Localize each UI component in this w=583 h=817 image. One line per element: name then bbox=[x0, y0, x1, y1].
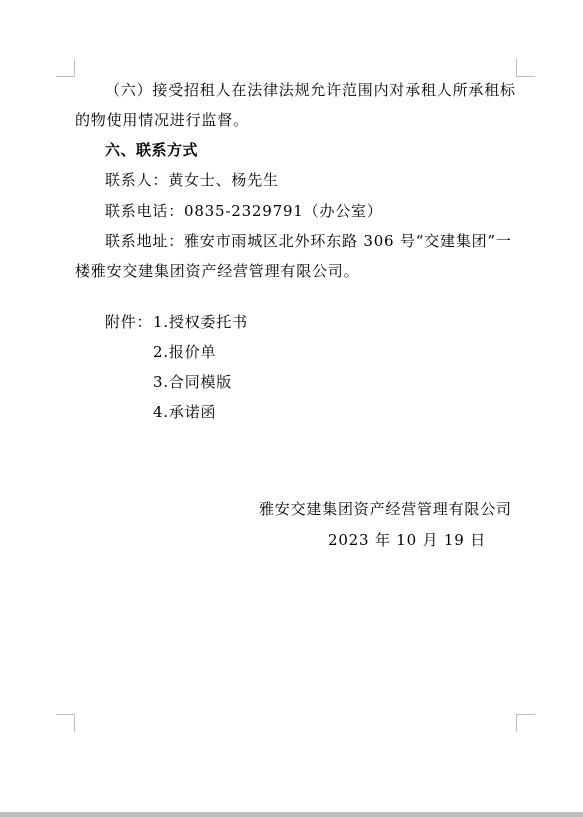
margin-corner-mark-top-right bbox=[516, 59, 535, 77]
signature-date: 2023 年 10 月 19 日 bbox=[328, 530, 486, 550]
contact-address-line-1: 联系地址：雅安市雨城区北外环东路 306 号“交建集团”一 bbox=[105, 231, 512, 251]
contact-phone: 联系电话：0835-2329791（办公室） bbox=[105, 201, 383, 221]
document-page: （六）接受招租人在法律法规允许范围内对承租人所承租标 的物使用情况进行监督。 六… bbox=[0, 0, 583, 811]
paragraph-6-line-2: 的物使用情况进行监督。 bbox=[75, 110, 249, 130]
margin-corner-mark-bottom-left bbox=[56, 714, 75, 732]
contact-address-line-2: 楼雅安交建集团资产经营管理有限公司。 bbox=[75, 261, 359, 281]
attachment-item-3: 3.合同模版 bbox=[153, 372, 232, 392]
paragraph-6-line-1: （六）接受招租人在法律法规允许范围内对承租人所承租标 bbox=[105, 80, 516, 100]
contact-person: 联系人：黄女士、杨先生 bbox=[105, 170, 279, 190]
attachments-label: 附件： bbox=[105, 312, 152, 332]
attachment-item-4: 4.承诺函 bbox=[153, 402, 216, 422]
attachment-item-2: 2.报价单 bbox=[153, 342, 216, 362]
attachment-item-1: 1.授权委托书 bbox=[153, 312, 248, 332]
section-heading-contact: 六、联系方式 bbox=[105, 140, 198, 160]
signature-company: 雅安交建集团资产经营管理有限公司 bbox=[259, 499, 512, 519]
page-gap-background bbox=[0, 812, 583, 817]
margin-corner-mark-top-left bbox=[56, 59, 75, 77]
margin-corner-mark-bottom-right bbox=[516, 714, 535, 732]
